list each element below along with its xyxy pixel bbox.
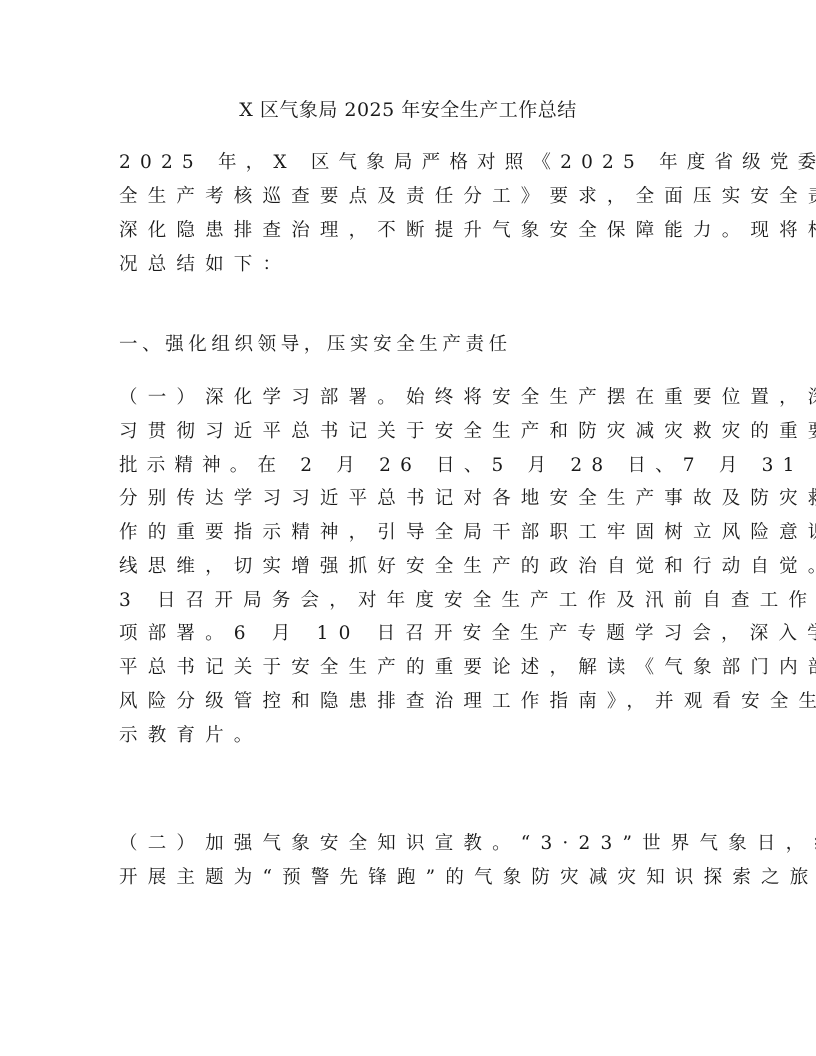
- paragraph-line: 批示精神。在 2 月 26 日、5 月 28 日、7 月 31 日的党组会议上，: [119, 454, 816, 478]
- paragraph-line: 作的重要指示精神，引导全局干部职工牢固树立风险意识和底: [119, 521, 816, 545]
- paragraph-line: （二）加强气象安全知识宣教。“3·23”世界气象日，组织: [119, 832, 816, 856]
- paragraph-line: 风险分级管控和隐患排查治理工作指南》，并观看安全生产警: [119, 690, 816, 714]
- document-title: X 区气象局 2025 年安全生产工作总结: [0, 98, 816, 122]
- paragraph-line: 习贯彻习近平总书记关于安全生产和防灾减灾救灾的重要指示: [119, 420, 816, 444]
- paragraph-line: 示教育片。: [119, 724, 263, 748]
- paragraph-line: （一）深化学习部署。始终将安全生产摆在重要位置，深入学: [119, 386, 816, 410]
- paragraph-line: 线思维，切实增强抓好安全生产的政治自觉和行动自觉。3 月: [119, 555, 816, 579]
- section-heading: 一、强化组织领导，压实安全生产责任: [119, 333, 512, 357]
- paragraph-line: 项部署。6 月 10 日召开安全生产专题学习会，深入学习习近: [119, 622, 816, 646]
- paragraph-line: 开展主题为“预警先锋跑”的气象防灾减灾知识探索之旅；: [119, 866, 816, 890]
- paragraph-line: 2025 年，X 区气象局严格对照《2025 年度省级党委和政府安: [119, 151, 816, 175]
- paragraph-line: 平总书记关于安全生产的重要论述，解读《气象部门内部安全: [119, 656, 816, 680]
- paragraph-line: 3 日召开局务会，对年度安全生产工作及汛前自查工作进行专: [119, 589, 816, 613]
- paragraph-line: 全生产考核巡查要点及责任分工》要求，全面压实安全责任，: [119, 185, 816, 209]
- paragraph-line: 分别传达学习习近平总书记对各地安全生产事故及防灾救灾工: [119, 487, 816, 511]
- paragraph-line: 况总结如下：: [119, 253, 291, 277]
- paragraph-line: 深化隐患排查治理，不断提升气象安全保障能力。现将相关情: [119, 219, 816, 243]
